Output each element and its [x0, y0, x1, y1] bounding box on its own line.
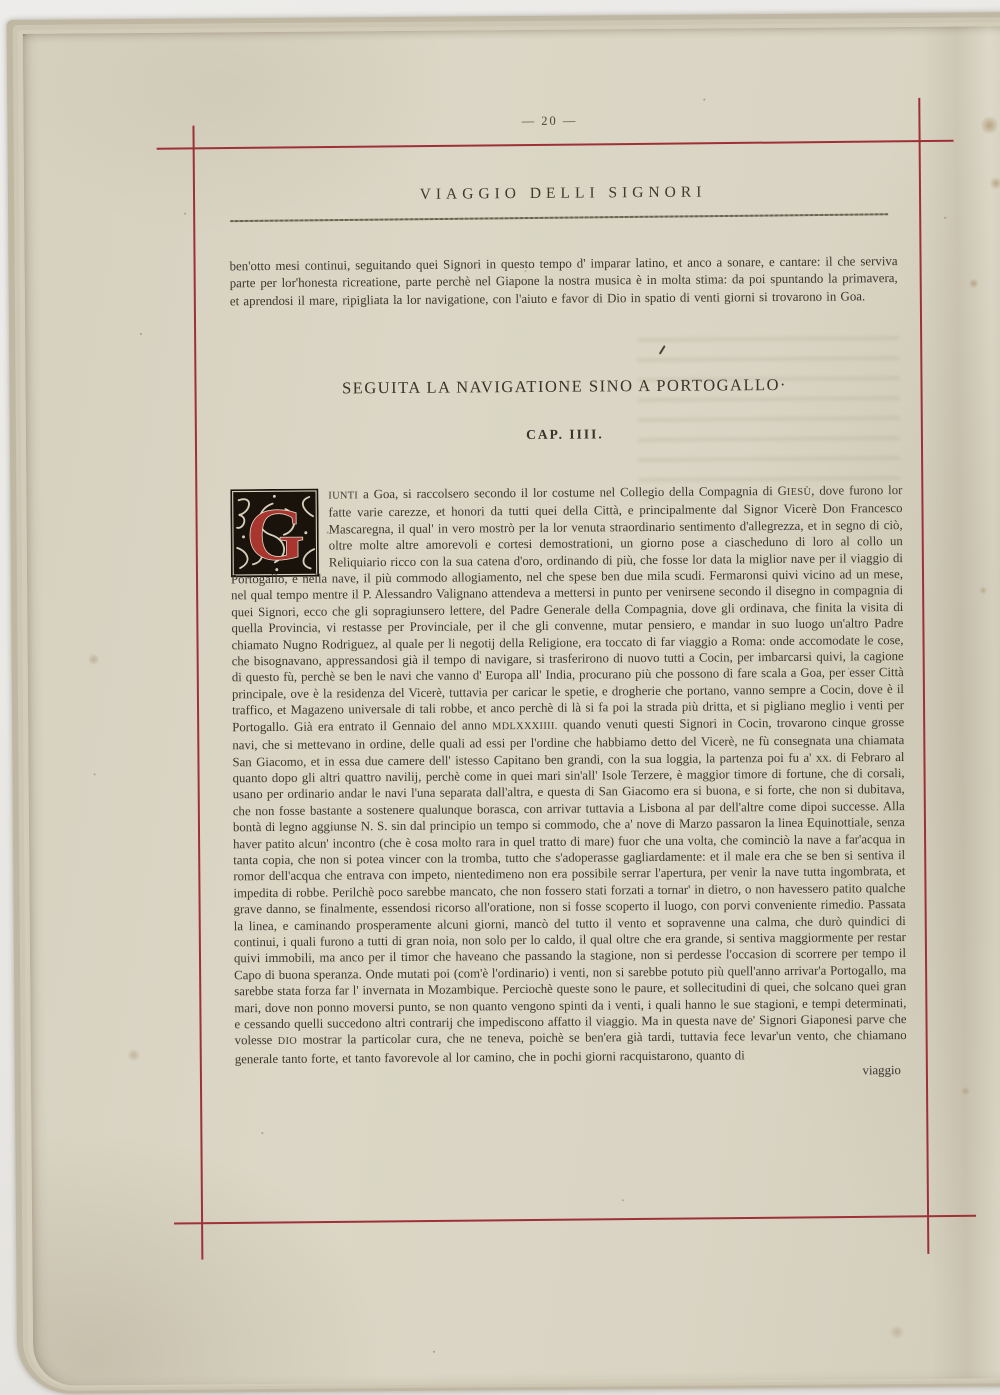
- illuminated-initial: G: [230, 489, 319, 578]
- foxing-stain: [981, 114, 997, 136]
- intro-paragraph: ben'otto mesi continui, seguitando quei …: [230, 253, 898, 310]
- foxing-stain: [969, 278, 979, 288]
- paper-sheet: — 20 — VIAGGIO DELLI SIGNORI ben'otto me…: [23, 26, 1000, 1386]
- foxing-stain: [127, 1049, 141, 1061]
- red-frame-rule-bottom: [174, 1215, 976, 1225]
- foxing-stain: [961, 1087, 970, 1096]
- foxing-stain: [88, 653, 100, 665]
- show-through-ghost-text: [637, 327, 900, 501]
- running-header: VIAGGIO DELLI SIGNORI: [213, 182, 913, 205]
- red-frame-rule-top: [157, 140, 954, 150]
- foxing-stain: [990, 176, 1000, 190]
- red-frame-rule-left: [192, 126, 203, 1260]
- scanned-book-page: — 20 — VIAGGIO DELLI SIGNORI ben'otto me…: [3, 10, 1000, 1394]
- foxing-stain: [889, 1325, 905, 1339]
- body-text-runs: IUNTI a Goa, si raccolsero secondo il lo…: [231, 483, 907, 1066]
- header-rule: [230, 213, 888, 222]
- gutter-shadow: [921, 26, 1000, 1379]
- body-paragraph: G IUNTI a Goa, si raccolsero secondo il …: [230, 482, 907, 1084]
- folio-page-number: — 20 —: [449, 113, 649, 130]
- foxing-stain: [979, 586, 987, 594]
- initial-letter: G: [246, 493, 305, 576]
- paper-specks: [23, 34, 25, 36]
